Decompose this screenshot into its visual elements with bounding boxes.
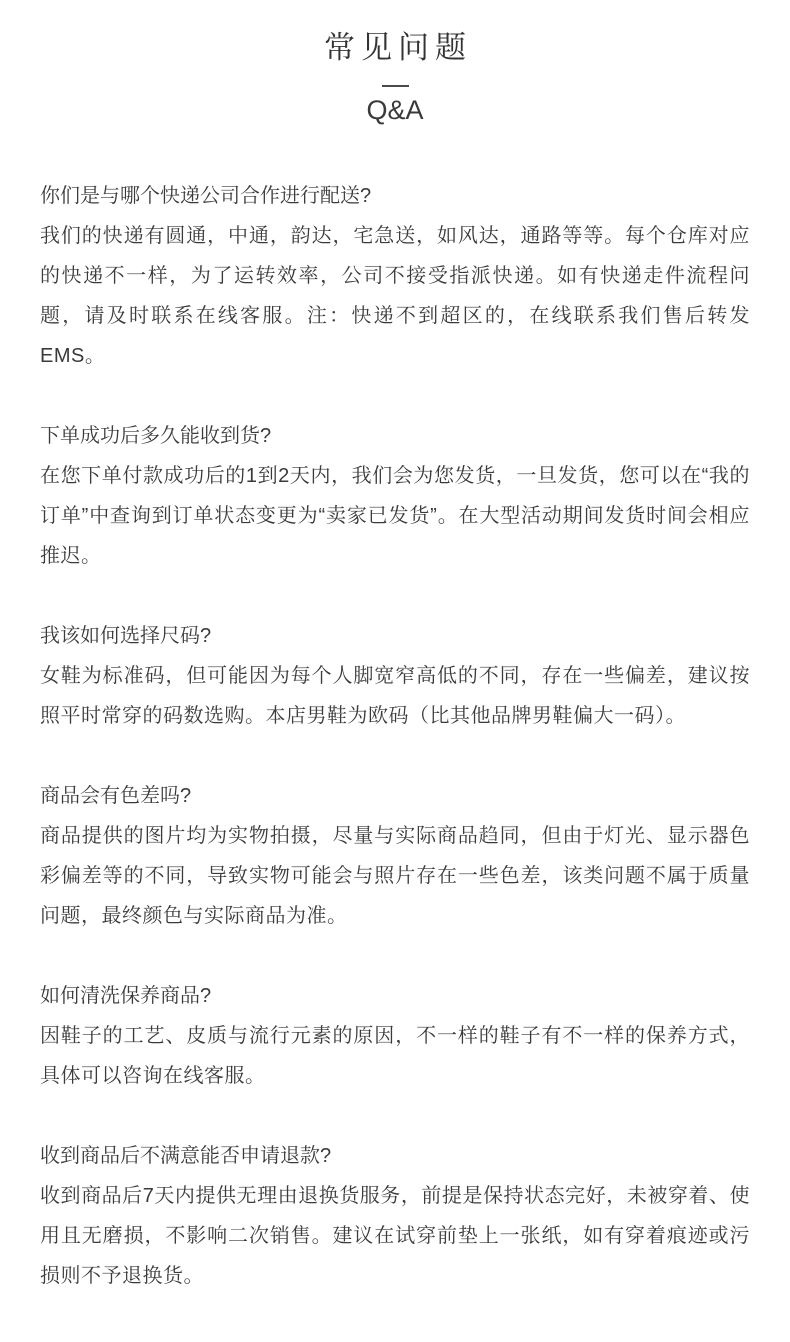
page-title: 常见问题 (0, 30, 790, 66)
title-divider (382, 85, 409, 87)
faq-list: 你们是与哪个快递公司合作进行配送? 我们的快递有圆通，中通，韵达，宅急送，如风达… (0, 176, 790, 1342)
faq-section-shipping-carrier: 你们是与哪个快递公司合作进行配送? 我们的快递有圆通，中通，韵达，宅急送，如风达… (40, 176, 750, 376)
faq-section-delivery-time: 下单成功后多久能收到货? 在您下单付款成功后的1到2天内，我们会为您发货，一旦发… (40, 416, 750, 576)
faq-answer: 商品提供的图片均为实物拍摄，尽量与实际商品趋同，但由于灯光、显示器色彩偏差等的不… (40, 816, 750, 936)
faq-section-size-selection: 我该如何选择尺码? 女鞋为标准码，但可能因为每个人脚宽窄高低的不同，存在一些偏差… (40, 616, 750, 736)
faq-answer: 女鞋为标准码，但可能因为每个人脚宽窄高低的不同，存在一些偏差，建议按照平时常穿的… (40, 656, 750, 736)
faq-question: 如何清洗保养商品? (40, 976, 750, 1016)
page-subtitle: Q&A (0, 95, 790, 126)
faq-question: 下单成功后多久能收到货? (40, 416, 750, 456)
faq-answer: 收到商品后7天内提供无理由退换货服务，前提是保持状态完好，未被穿着、使用且无磨损… (40, 1176, 750, 1296)
faq-section-care-cleaning: 如何清洗保养商品? 因鞋子的工艺、皮质与流行元素的原因，不一样的鞋子有不一样的保… (40, 976, 750, 1096)
faq-answer: 我们的快递有圆通，中通，韵达，宅急送，如风达，通路等等。每个仓库对应的快递不一样… (40, 216, 750, 376)
faq-answer: 在您下单付款成功后的1到2天内，我们会为您发货，一旦发货，您可以在“我的订单”中… (40, 456, 750, 576)
faq-answer: 因鞋子的工艺、皮质与流行元素的原因，不一样的鞋子有不一样的保养方式，具体可以咨询… (40, 1016, 750, 1096)
faq-question: 商品会有色差吗? (40, 776, 750, 816)
faq-question: 收到商品后不满意能否申请退款? (40, 1136, 750, 1176)
faq-section-color-difference: 商品会有色差吗? 商品提供的图片均为实物拍摄，尽量与实际商品趋同，但由于灯光、显… (40, 776, 750, 936)
faq-page: 常见问题 Q&A 你们是与哪个快递公司合作进行配送? 我们的快递有圆通，中通，韵… (0, 0, 790, 1342)
faq-question: 我该如何选择尺码? (40, 616, 750, 656)
faq-header: 常见问题 Q&A (0, 0, 790, 126)
faq-question: 你们是与哪个快递公司合作进行配送? (40, 176, 750, 216)
faq-section-refund-policy: 收到商品后不满意能否申请退款? 收到商品后7天内提供无理由退换货服务，前提是保持… (40, 1136, 750, 1296)
